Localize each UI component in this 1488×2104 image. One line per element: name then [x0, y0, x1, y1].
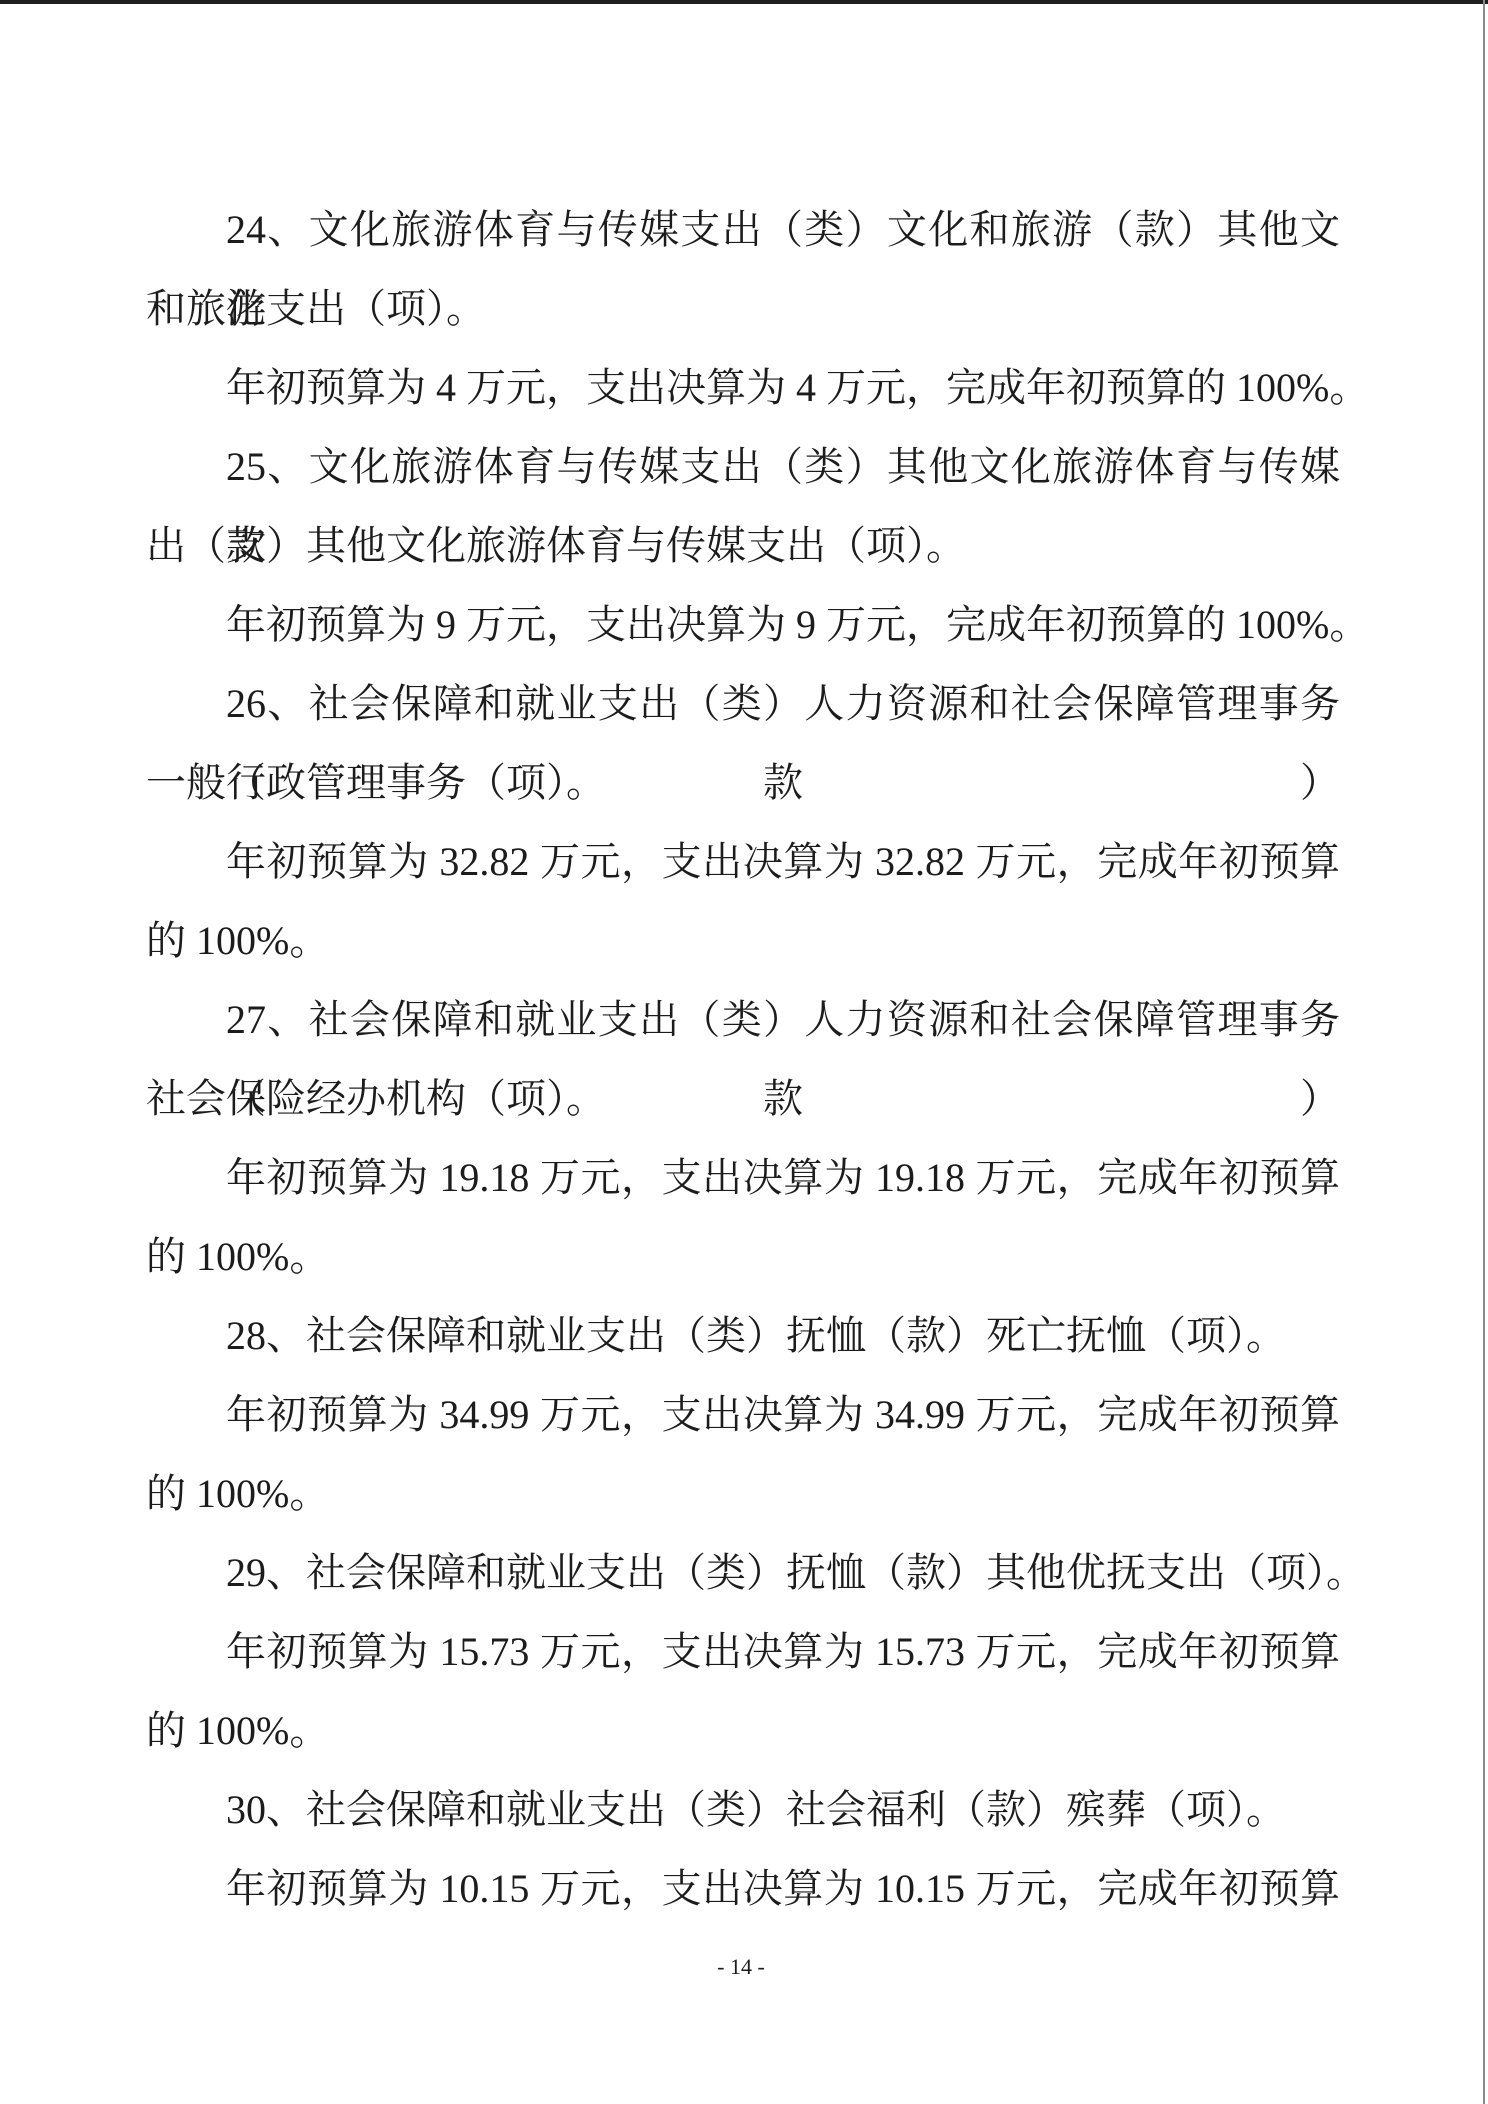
text-line: 出（款）其他文化旅游体育与传媒支出（项）。: [146, 506, 1340, 585]
document-body: 24、文化旅游体育与传媒支出（类）文化和旅游（款）其他文化 和旅游支出（项）。 …: [146, 190, 1340, 1928]
document-page: 24、文化旅游体育与传媒支出（类）文化和旅游（款）其他文化 和旅游支出（项）。 …: [0, 0, 1488, 2104]
text-line: 的 100%。: [146, 1217, 1340, 1296]
text-line: 24、文化旅游体育与传媒支出（类）文化和旅游（款）其他文化: [146, 190, 1340, 269]
text-line: 年初预算为 15.73 万元，支出决算为 15.73 万元，完成年初预算: [146, 1612, 1340, 1691]
text-line: 的 100%。: [146, 1691, 1340, 1770]
text-line: 年初预算为 32.82 万元，支出决算为 32.82 万元，完成年初预算: [146, 822, 1340, 901]
text-line: 27、社会保障和就业支出（类）人力资源和社会保障管理事务（款）: [146, 980, 1340, 1059]
page-top-border: [0, 0, 1488, 4]
text-line: 年初预算为 10.15 万元，支出决算为 10.15 万元，完成年初预算: [146, 1849, 1340, 1928]
page-footer: - 14 -: [0, 1952, 1482, 1982]
page-number: - 14 -: [717, 1954, 765, 1979]
text-line: 年初预算为 34.99 万元，支出决算为 34.99 万元，完成年初预算: [146, 1375, 1340, 1454]
text-line: 年初预算为 4 万元，支出决算为 4 万元，完成年初预算的 100%。: [146, 348, 1340, 427]
text-line: 年初预算为 19.18 万元，支出决算为 19.18 万元，完成年初预算: [146, 1138, 1340, 1217]
text-line: 26、社会保障和就业支出（类）人力资源和社会保障管理事务（款）: [146, 664, 1340, 743]
text-line: 29、社会保障和就业支出（类）抚恤（款）其他优抚支出（项）。: [146, 1533, 1340, 1612]
text-line: 25、文化旅游体育与传媒支出（类）其他文化旅游体育与传媒支: [146, 427, 1340, 506]
text-line: 年初预算为 9 万元，支出决算为 9 万元，完成年初预算的 100%。: [146, 585, 1340, 664]
page-right-border: [1483, 0, 1485, 2104]
text-line: 和旅游支出（项）。: [146, 269, 1340, 348]
text-line: 的 100%。: [146, 1454, 1340, 1533]
text-line: 28、社会保障和就业支出（类）抚恤（款）死亡抚恤（项）。: [146, 1296, 1340, 1375]
text-line: 30、社会保障和就业支出（类）社会福利（款）殡葬（项）。: [146, 1770, 1340, 1849]
text-line: 的 100%。: [146, 901, 1340, 980]
